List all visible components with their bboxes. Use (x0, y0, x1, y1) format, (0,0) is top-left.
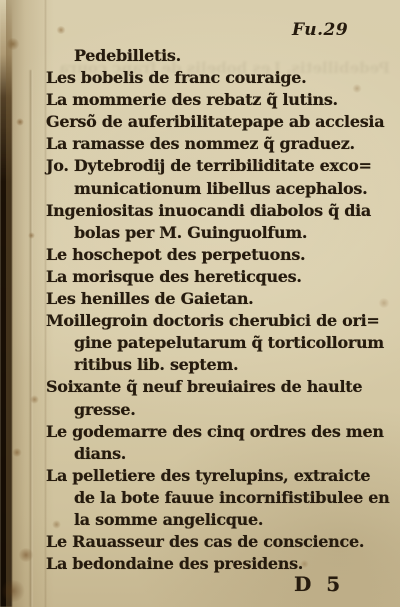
text-line: Pedebilletis. (46, 45, 384, 67)
signature-mark: D 5 (294, 572, 344, 596)
text-line: Moillegroin doctoris cherubici de ori= (46, 310, 384, 332)
text-line: Soixante q̃ neuf breuiaires de haulte (46, 376, 384, 398)
text-line: Ingeniositas inuocandi diabolos q̃ dia (46, 200, 384, 222)
text-line: La pelletiere des tyrelupins, extraicte (46, 465, 384, 487)
text-line: Le hoschepot des perpetuons. (46, 244, 384, 266)
text-line: gine patepelutarum q̃ torticollorum (46, 332, 384, 354)
text-line: de la bote fauue incornifistibulee en (46, 487, 384, 509)
text-line: la somme angelicque. (46, 509, 384, 531)
text-line: La morisque des hereticques. (46, 266, 384, 288)
text-line: dians. (46, 443, 384, 465)
text-line: La mommerie des rebatz q̃ lutins. (46, 89, 384, 111)
book-page: Pedebilletis. Les bobelis de franc coura… (0, 0, 400, 607)
page-crease (29, 70, 33, 607)
text-line: Jo. Dytebrodij de terribiliditate exco= (46, 155, 384, 177)
text-line: municationum libellus acephalos. (46, 178, 384, 200)
text-line: Les bobelis de franc couraige. (46, 67, 384, 89)
text-line: Les henilles de Gaietan. (46, 288, 384, 310)
text-line: La ramasse des nommez q̃ graduez. (46, 133, 384, 155)
foxing-spot (56, 26, 66, 34)
text-line: gresse. (46, 399, 384, 421)
folio-number: Fu.29 (292, 20, 348, 40)
text-line: Le godemarre des cinq ordres des men (46, 421, 384, 443)
text-line: Le Rauasseur des cas de conscience. (46, 531, 384, 553)
text-line: bolas per M. Guinguolfum. (46, 222, 384, 244)
text-line: Gersõ de auferibilitatepape ab acclesia (46, 111, 384, 133)
text-line: ritibus lib. septem. (46, 354, 384, 376)
text-block: Pedebilletis.Les bobelis de franc courai… (46, 45, 384, 575)
